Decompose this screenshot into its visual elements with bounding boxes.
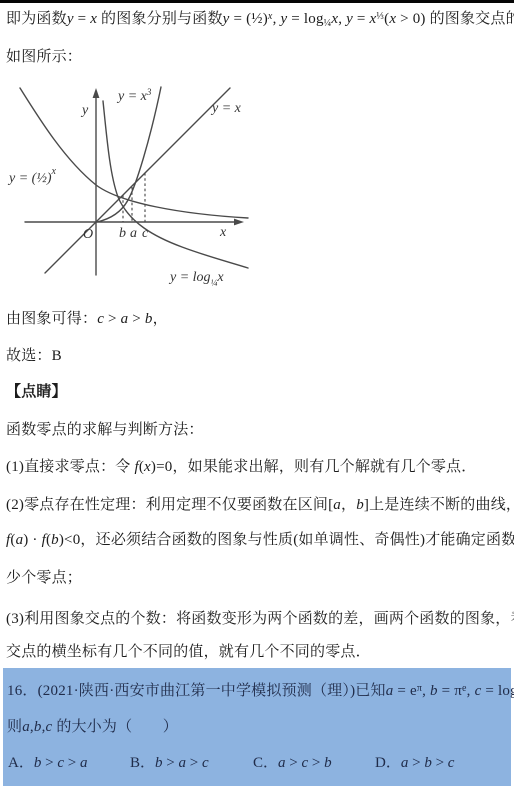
identity-line-label: y = x [210,101,242,116]
conclusion-text: 由图象可得：c > a > b， [6,308,512,330]
x-axis-label: x [219,225,227,240]
method-line-3: f(a) · f(b)<0，还必须结合函数的图象与性质(如单调性、奇偶性)才能确… [6,529,512,551]
method-line-4: 少个零点； [6,567,512,589]
point-c-label: c [142,226,149,241]
point-a-label: a [130,226,137,241]
top-border-line [0,0,514,3]
section-header-dianjing: 【点睛】 [6,381,512,403]
log-curve-label: y = log¼x [168,270,224,288]
method-line-5: (3)利用图象交点的个数：将函数变形为两个函数的差，画两个函数的图象，看其 [6,608,512,630]
point-b-label: b [119,226,126,241]
method-line-6: 交点的横坐标有几个不同的值，就有几个不同的零点． [6,641,512,663]
highlighted-question-16: 16．(2021·陕西·西安市曲江第一中学模拟预测（理）)已知a = eπ, b… [3,668,511,786]
y-axis-label: y [80,103,89,118]
method-line-1: (1)直接求零点：令 f(x)=0，如果能求出解，则有几个解就有几个零点． [6,456,512,478]
function-graph-figure: y x O b a c y = x3 y = x y = (½)x y = lo… [0,85,300,300]
intro-text-line1: 即为函数y = x 的图象分别与函数y = (½)x, y = log¼x, y… [6,8,512,30]
option-d: D．a > b > c [375,752,454,774]
option-c: C．a > c > b [253,752,332,774]
answer-text: 故选：B [6,345,512,367]
exponential-curve-label: y = (½)x [7,166,57,186]
method-line-2: (2)零点存在性定理：利用定理不仅要函数在区间[a，b]上是连续不断的曲线，且 [6,494,512,516]
method-title: 函数零点的求解与判断方法： [6,419,512,441]
y-axis-arrow [93,88,100,98]
question-stem-line1: 16．(2021·陕西·西安市曲江第一中学模拟预测（理）)已知a = eπ, b… [7,680,509,702]
x-axis-arrow [234,219,244,226]
graph-svg: y x O b a c y = x3 y = x y = (½)x y = lo… [0,85,300,300]
cubic-curve-label: y = x3 [116,87,152,104]
question-stem-line2: 则a,b,c 的大小为（ ） [7,716,509,738]
option-b: B．b > a > c [130,752,209,774]
document-page: { "colors": { "highlight_background": "#… [0,0,514,797]
curve-log-quarter [103,101,248,268]
origin-label: O [83,227,93,242]
option-a: A．b > c > a [8,752,87,774]
intro-text-line2: 如图所示： [6,46,512,68]
curve-cubic [97,87,161,222]
curve-identity-line [45,88,230,273]
